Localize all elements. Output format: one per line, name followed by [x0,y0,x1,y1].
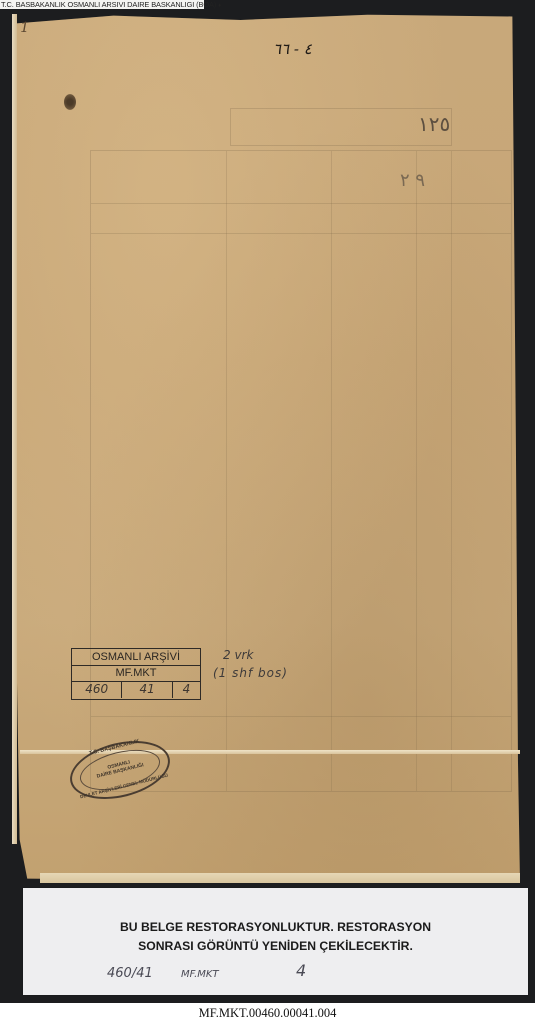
banner-text: T.C. BASBAKANLIK OSMANLI ARSIVI DAIRE BA… [1,0,216,9]
pencil-number: ١٢٥ [418,112,450,136]
pencil-mark: ٩ ٢ [400,170,425,191]
paper-bottom-edge [40,873,520,883]
diamond-icon: ♦ [218,3,221,9]
handwritten-collection: MF.MKT [181,969,219,980]
table-line [91,233,511,234]
table-line [91,716,511,717]
archive-reference-stamp: OSMANLI ARŞİVİ MF.MKT 460 41 4 [71,648,201,700]
restoration-notice-line-1: BU BELGE RESTORASYONLUKTUR. RESTORASYON [23,920,528,934]
table-line [416,151,417,791]
handwritten-page-number: 4 [296,961,306,980]
handwritten-note-leaves: 2 vrk [223,648,253,662]
handwritten-reference: 460/41 [107,966,153,981]
archive-header-banner: T.C. BASBAKANLIK OSMANLI ARSIVI DAIRE BA… [0,0,204,9]
paper-left-edge [12,14,17,844]
ink-note-top: ٤ - ٦٦ [273,40,312,58]
stamp-page: 4 [172,681,200,698]
stamp-numbers: 460 41 4 [72,681,200,698]
handwritten-note-blank-page: (1 shf bos) [213,666,288,680]
table-line [331,151,332,791]
restoration-notice-line-2: SONRASI GÖRÜNTÜ YENİDEN ÇEKİLECEKTİR. [23,939,528,953]
stamp-title: OSMANLI ARŞİVİ [72,649,200,666]
table-line [91,203,511,204]
document-id-caption: MF.MKT.00460.00041.004 [0,1003,535,1024]
stamp-dossier: 460 [72,681,121,698]
table-line [451,151,452,791]
ink-stain [64,94,76,110]
restoration-notice-label: BU BELGE RESTORASYONLUKTUR. RESTORASYON … [23,888,528,995]
table-line [226,151,227,791]
stamp-shirt: 41 [121,681,171,698]
stamp-collection: MF.MKT [72,665,200,682]
